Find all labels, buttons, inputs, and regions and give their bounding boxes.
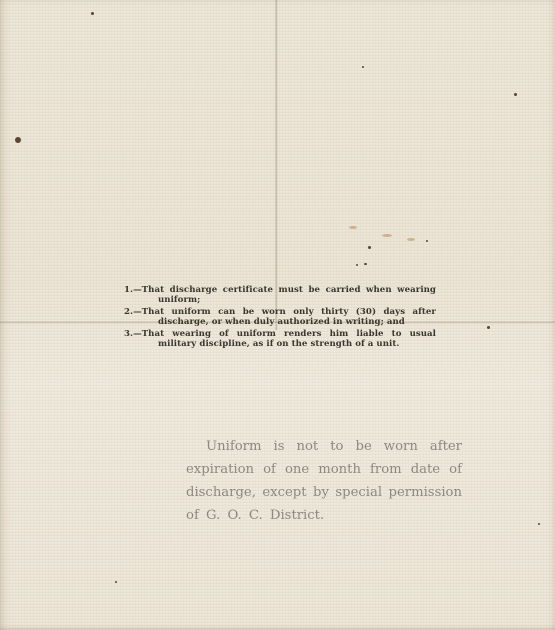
condition-number: 2. (124, 307, 133, 317)
conditions-list: 1.—That discharge certificate must be ca… (124, 285, 436, 351)
ink-spot (115, 581, 117, 583)
stamp-line: of G. O. C. District. (186, 504, 462, 527)
discharge-certificate-reverse: 1.—That discharge certificate must be ca… (0, 0, 555, 630)
ink-spot (426, 240, 428, 242)
stamp-line: expiration of one month from date of (186, 458, 462, 481)
ink-spot (356, 264, 358, 266)
vertical-fold-crease (275, 0, 278, 330)
ink-spot (538, 523, 540, 525)
ink-spot (364, 263, 367, 265)
rust-stain (407, 238, 415, 241)
ink-spot (368, 246, 371, 249)
ink-spot (15, 137, 21, 143)
uniform-notice-stamp: Uniform is not to be worn after expirati… (186, 435, 462, 527)
condition-number: 1. (124, 285, 133, 295)
condition-text: —That discharge certificate must be carr… (133, 285, 436, 305)
condition-item: 2.—That uniform can be worn only thirty … (124, 307, 436, 327)
ink-spot (487, 326, 490, 329)
rust-stain (382, 234, 392, 237)
stamp-line: Uniform is not to be worn after (186, 435, 462, 458)
ink-spot (362, 66, 364, 68)
stamp-line: discharge, except by special permission (186, 481, 462, 504)
ink-spot (91, 12, 94, 15)
ink-spot (514, 93, 517, 96)
condition-number: 3. (124, 329, 133, 339)
condition-text: —That uniform can be worn only thirty (3… (133, 307, 436, 327)
condition-item: 1.—That discharge certificate must be ca… (124, 285, 436, 305)
condition-text: —That wearing of uniform renders him lia… (133, 329, 436, 349)
condition-item: 3.—That wearing of uniform renders him l… (124, 329, 436, 349)
rust-stain (349, 226, 357, 229)
